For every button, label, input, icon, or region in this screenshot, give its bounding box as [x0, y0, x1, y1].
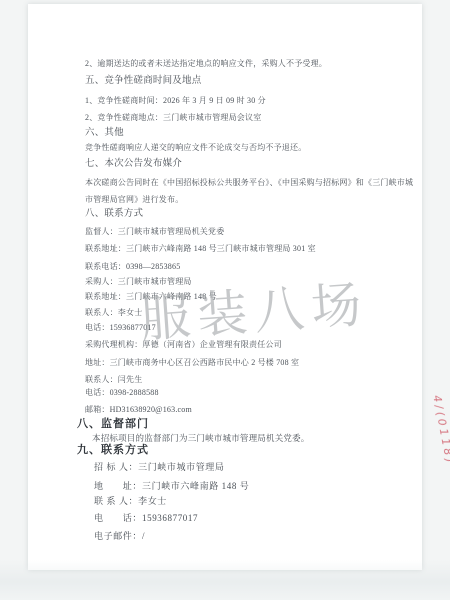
doc-line: 联系电话：0398—2853865 [85, 261, 180, 272]
doc-line: 邮箱：HD31638920@163.com [85, 404, 192, 415]
contact-line: 招 标 人：三门峡市城市管理局 [94, 462, 225, 473]
doc-line: 联系地址：三门峡市六峰南路 148 号 [85, 291, 217, 302]
doc-line: 联系人：闫先生 [85, 374, 142, 385]
section-heading: 七、本次公告发布媒介 [85, 159, 182, 170]
doc-line: 2、竞争性磋商地点：三门峡市城市管理局会议室 [85, 112, 261, 123]
doc-line: 市管理局官网》进行发布。 [85, 194, 183, 205]
doc-line: 电话：15936877017 [85, 322, 156, 333]
section-heading: 九、联系方式 [77, 445, 149, 456]
doc-line: 地址：三门峡市商务中心区召公西路市民中心 2 号楼 708 室 [85, 357, 299, 368]
handwritten-red-annotation: 4/(0118) [430, 394, 450, 466]
contact-line: 联 系 人：李女士 [94, 496, 167, 507]
doc-line: 采购代理机构：厚德（河南省）企业管理有限责任公司 [85, 339, 282, 350]
doc-line: 电话：0398-2888588 [85, 387, 159, 398]
doc-line: 本招标项目的监督部门为三门峡市城市管理局机关党委。 [92, 433, 310, 444]
document-page: 2、逾期送达的或者未送达指定地点的响应文件，采购人不予受理。 五、竞争性磋商时间… [28, 4, 422, 570]
section-heading: 八、联系方式 [85, 209, 143, 220]
contact-line: 电子邮件：/ [94, 531, 145, 542]
doc-line: 竞争性磋商响应人递交的响应文件不论成交与否均不予退还。 [85, 142, 306, 153]
section-heading: 六、其他 [85, 128, 124, 139]
doc-line: 监督人：三门峡市城市管理局机关党委 [85, 226, 224, 237]
contact-line: 地 址：三门峡市六峰南路 148 号 [94, 481, 249, 492]
contact-line: 电 话：15936877017 [94, 513, 198, 524]
doc-line: 联系地址：三门峡市六峰南路 148 号三门峡市城市管理局 301 室 [85, 243, 316, 254]
section-heading: 八、监督部门 [77, 419, 149, 430]
doc-line: 采购人：三门峡市城市管理局 [85, 276, 192, 287]
doc-line: 2、逾期送达的或者未送达指定地点的响应文件，采购人不予受理。 [85, 58, 327, 69]
doc-line: 1、竞争性磋商时间：2026 年 3 月 9 日 09 时 30 分 [85, 95, 266, 106]
scanned-document-viewport: 2、逾期送达的或者未送达指定地点的响应文件，采购人不予受理。 五、竞争性磋商时间… [0, 0, 450, 600]
doc-line: 联系人：李女士 [85, 307, 142, 318]
section-heading: 五、竞争性磋商时间及地点 [85, 76, 201, 87]
doc-line: 本次磋商公告同时在《中国招标投标公共服务平台》、《中国采购与招标网》和《三门峡市… [85, 177, 413, 188]
